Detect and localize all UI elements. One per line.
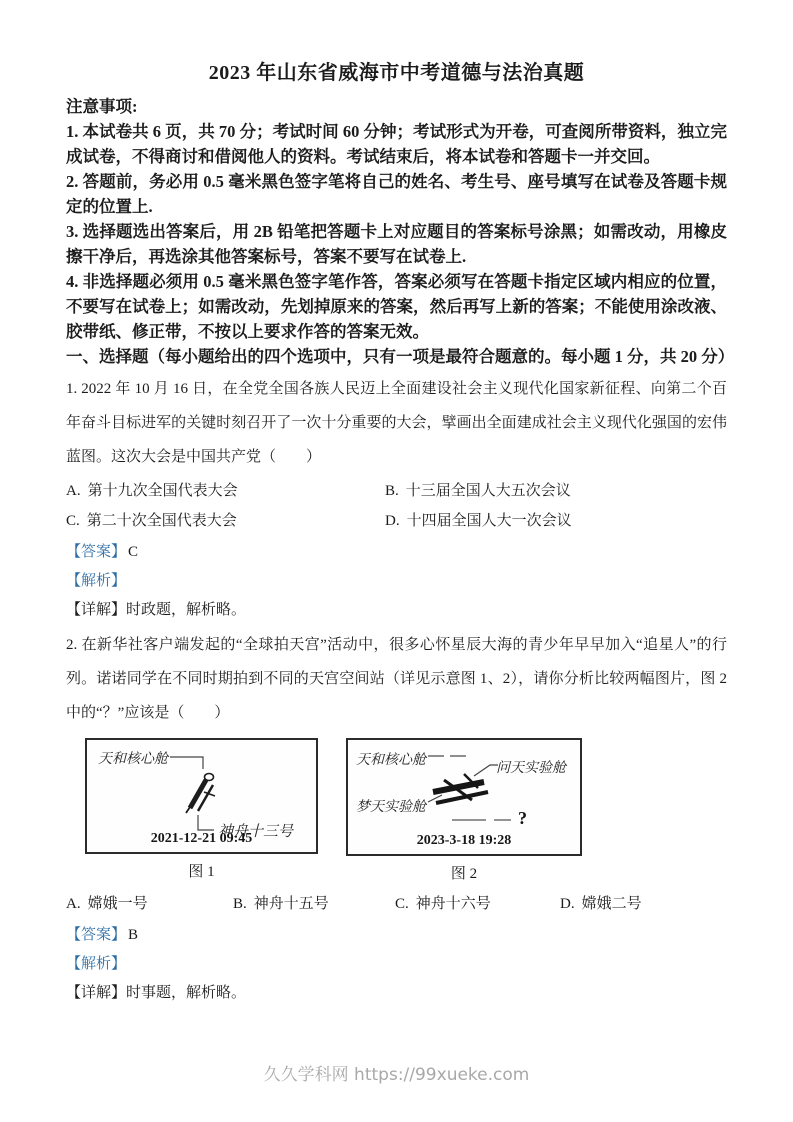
- exam-document-page: 2023 年山东省威海市中考道德与法治真题 注意事项: 1. 本试卷共 6 页，…: [0, 0, 793, 1122]
- figure-1-caption: 图 1: [85, 860, 318, 881]
- option-text: 十三届全国人大五次会议: [406, 483, 571, 499]
- question-1-answer-block: 【答案】C 【解析】 【详解】时政题，解析略。: [66, 538, 727, 625]
- watermark-footer: 久久学科网 https://99xueke.com: [0, 1060, 793, 1085]
- option-label: A.: [66, 483, 81, 499]
- notice-item-2: 2. 答题前，务必用 0.5 毫米黑色签字笔将自己的姓名、考生号、座号填写在试卷…: [66, 169, 727, 219]
- option-label: C.: [66, 513, 80, 529]
- detail-tag: 【详解】: [66, 985, 126, 1001]
- option-label: C.: [395, 896, 409, 912]
- option-d: D.嫦娥二号: [560, 889, 727, 919]
- page-title: 2023 年山东省威海市中考道德与法治真题: [66, 58, 727, 88]
- section-heading: 一、选择题（每小题给出的四个选项中，只有一项是最符合题意的。每小题 1 分，共 …: [66, 344, 727, 369]
- question-2-options: A.嫦娥一号 B.神舟十五号 C.神舟十六号 D.嫦娥二号: [66, 889, 727, 919]
- option-a: A.嫦娥一号: [66, 889, 233, 919]
- question-1-stem: 1. 2022 年 10 月 16 日，在全党全国各族人民迈上全面建设社会主义现…: [66, 372, 727, 474]
- detail-tag: 【详解】: [66, 602, 126, 618]
- figure-2-image: 天和核心舱 问天实验舱 梦天实验舱 ? 2023-3-18 19:28: [346, 738, 582, 856]
- figure-2-question-mark: ?: [518, 808, 527, 829]
- figure-2: 天和核心舱 问天实验舱 梦天实验舱 ? 2023-3-18 19:28 图 2: [346, 738, 582, 883]
- answer-tag: 【答案】: [66, 544, 126, 560]
- analysis-line: 【解析】: [66, 567, 727, 596]
- option-label: D.: [560, 896, 575, 912]
- notice-heading: 注意事项:: [66, 94, 727, 119]
- analysis-tag: 【解析】: [66, 956, 126, 972]
- analysis-line: 【解析】: [66, 950, 727, 979]
- watermark-link[interactable]: 久久学科网 https://99xueke.com: [264, 1065, 530, 1085]
- option-label: B.: [385, 483, 399, 499]
- answer-line: 【答案】C: [66, 538, 727, 567]
- option-label: D.: [385, 513, 400, 529]
- figure-2-caption: 图 2: [346, 862, 582, 883]
- figure-2-wentian-label: 问天实验舱: [496, 757, 566, 777]
- question-1-options: A.第十九次全国代表大会 B.十三届全国人大五次会议 C.第二十次全国代表大会 …: [66, 476, 727, 536]
- option-text: 第二十次全国代表大会: [87, 513, 237, 529]
- option-c: C.第二十次全国代表大会: [66, 506, 385, 536]
- option-text: 第十九次全国代表大会: [88, 483, 238, 499]
- figure-2-timestamp: 2023-3-18 19:28: [348, 833, 580, 849]
- option-label: B.: [233, 896, 247, 912]
- option-text: 十四届全国人大一次会议: [407, 513, 572, 529]
- notice-item-3: 3. 选择题选出答案后，用 2B 铅笔把答题卡上对应题目的答案标号涂黑；如需改动…: [66, 219, 727, 269]
- answer-tag: 【答案】: [66, 927, 126, 943]
- figure-1: 天和核心舱 神舟十三号 2021-12-21 09:45 图 1: [85, 738, 318, 883]
- detail-line: 【详解】时政题，解析略。: [66, 596, 727, 625]
- figure-2-mengtian-label: 梦天实验舱: [356, 796, 426, 816]
- figure-2-core-module-label: 天和核心舱: [356, 749, 426, 769]
- detail-text: 时事题，解析略。: [126, 985, 246, 1001]
- notice-item-1: 1. 本试卷共 6 页，共 70 分；考试时间 60 分钟；考试形式为开卷，可查…: [66, 119, 727, 169]
- figure-1-core-module-label: 天和核心舱: [98, 748, 168, 768]
- answer-value: C: [128, 544, 138, 560]
- question-2-stem: 2. 在新华社客户端发起的“全球拍天宫”活动中，很多心怀星辰大海的青少年早早加入…: [66, 628, 727, 730]
- option-label: A.: [66, 896, 81, 912]
- option-c: C.神舟十六号: [395, 889, 560, 919]
- figure-1-timestamp: 2021-12-21 09:45: [87, 831, 316, 847]
- analysis-tag: 【解析】: [66, 573, 126, 589]
- notice-item-4: 4. 非选择题必须用 0.5 毫米黑色签字笔作答，答案必须写在答题卡指定区域内相…: [66, 269, 727, 344]
- option-text: 嫦娥一号: [88, 896, 148, 912]
- option-b: B.神舟十五号: [233, 889, 395, 919]
- option-text: 嫦娥二号: [582, 896, 642, 912]
- question-2-answer-block: 【答案】B 【解析】 【详解】时事题，解析略。: [66, 921, 727, 1008]
- detail-line: 【详解】时事题，解析略。: [66, 979, 727, 1008]
- answer-value: B: [128, 927, 138, 943]
- option-a: A.第十九次全国代表大会: [66, 476, 385, 506]
- answer-line: 【答案】B: [66, 921, 727, 950]
- option-b: B.十三届全国人大五次会议: [385, 476, 727, 506]
- option-text: 神舟十六号: [416, 896, 491, 912]
- figure-1-image: 天和核心舱 神舟十三号 2021-12-21 09:45: [85, 738, 318, 854]
- option-d: D.十四届全国人大一次会议: [385, 506, 727, 536]
- option-text: 神舟十五号: [254, 896, 329, 912]
- figures-row: 天和核心舱 神舟十三号 2021-12-21 09:45 图 1: [66, 738, 727, 883]
- detail-text: 时政题，解析略。: [126, 602, 246, 618]
